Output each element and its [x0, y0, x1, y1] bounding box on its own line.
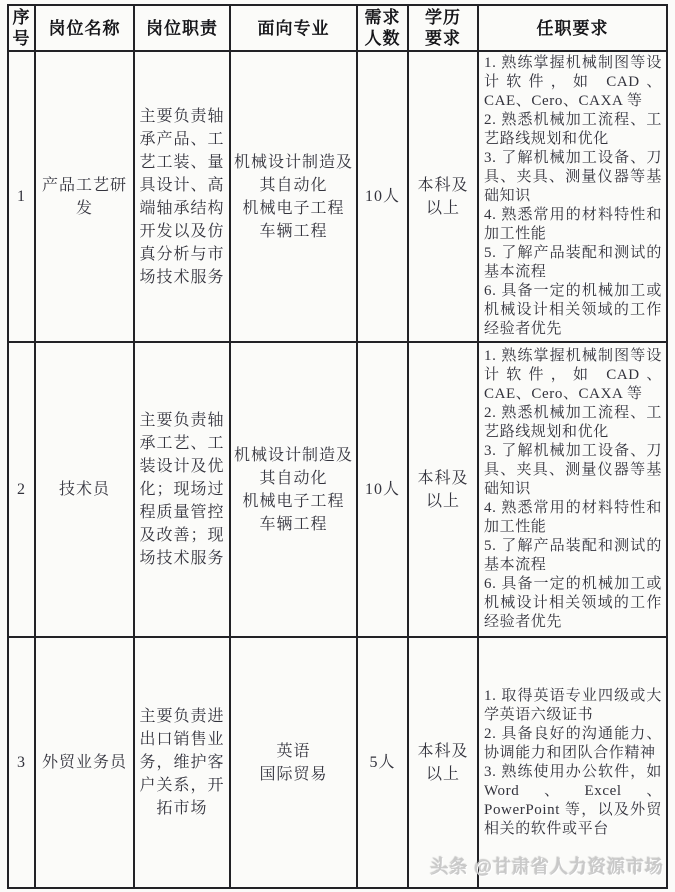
cell-seq: 3: [8, 637, 35, 888]
col-header-majors: 面向专业: [230, 5, 357, 51]
cell-duties: 主要负责进 出口销售业 务，维护客 户关系，开 拓市场: [134, 637, 230, 888]
watermark-text: 头条 @甘肃省人力资源市场: [430, 857, 664, 877]
col-header-duties: 岗位职责: [134, 5, 230, 51]
cell-position-name: 外贸业务员: [35, 637, 134, 888]
table-header-row: 序 号 岗位名称 岗位职责 面向专业 需求 人数 学历 要求 任职要求: [8, 5, 667, 51]
cell-requirements: 1. 熟练掌握机械制图等设计软件，如 CAD、CAE、Cero、CAXA 等 2…: [478, 51, 667, 342]
col-header-requirements: 任职要求: [478, 5, 667, 51]
col-header-headcount: 需求 人数: [357, 5, 408, 51]
cell-requirements: 1. 取得英语专业四级或大学英语六级证书 2. 具备良好的沟通能力、协调能力和团…: [478, 637, 667, 888]
table-row-3: 3 外贸业务员 主要负责进 出口销售业 务，维护客 户关系，开 拓市场 英语 国…: [8, 637, 667, 888]
job-positions-table: 序 号 岗位名称 岗位职责 面向专业 需求 人数 学历 要求 任职要求 1 产品…: [7, 4, 668, 889]
cell-majors: 机械设计制造及 其自动化 机械电子工程 车辆工程: [230, 51, 357, 342]
cell-headcount: 10人: [357, 51, 408, 342]
cell-headcount: 10人: [357, 342, 408, 637]
cell-majors: 机械设计制造及 其自动化 机械电子工程 车辆工程: [230, 342, 357, 637]
col-header-position-name: 岗位名称: [35, 5, 134, 51]
cell-majors: 英语 国际贸易: [230, 637, 357, 888]
cell-education: 本科及 以上: [408, 51, 478, 342]
cell-headcount: 5人: [357, 637, 408, 888]
toutiao-watermark: 头条 @甘肃省人力资源市场: [430, 853, 664, 879]
col-header-seq: 序 号: [8, 5, 35, 51]
cell-education: 本科及 以上: [408, 637, 478, 888]
col-header-education: 学历 要求: [408, 5, 478, 51]
table-row-2: 2 技术员 主要负责轴 承工艺、工 装设计及优 化；现场过 程质量管控 及改善；…: [8, 342, 667, 637]
cell-requirements: 1. 熟练掌握机械制图等设计软件，如 CAD、CAE、Cero、CAXA 等 2…: [478, 342, 667, 637]
cell-education: 本科及 以上: [408, 342, 478, 637]
table-row-1: 1 产品工艺研发 主要负责轴 承产品、工 艺工装、量 具设计、高 端轴承结构 开…: [8, 51, 667, 342]
cell-position-name: 技术员: [35, 342, 134, 637]
cell-seq: 2: [8, 342, 35, 637]
cell-seq: 1: [8, 51, 35, 342]
cell-position-name: 产品工艺研发: [35, 51, 134, 342]
cell-duties: 主要负责轴 承产品、工 艺工装、量 具设计、高 端轴承结构 开发以及仿 真分析与…: [134, 51, 230, 342]
cell-duties: 主要负责轴 承工艺、工 装设计及优 化；现场过 程质量管控 及改善；现 场技术服…: [134, 342, 230, 637]
